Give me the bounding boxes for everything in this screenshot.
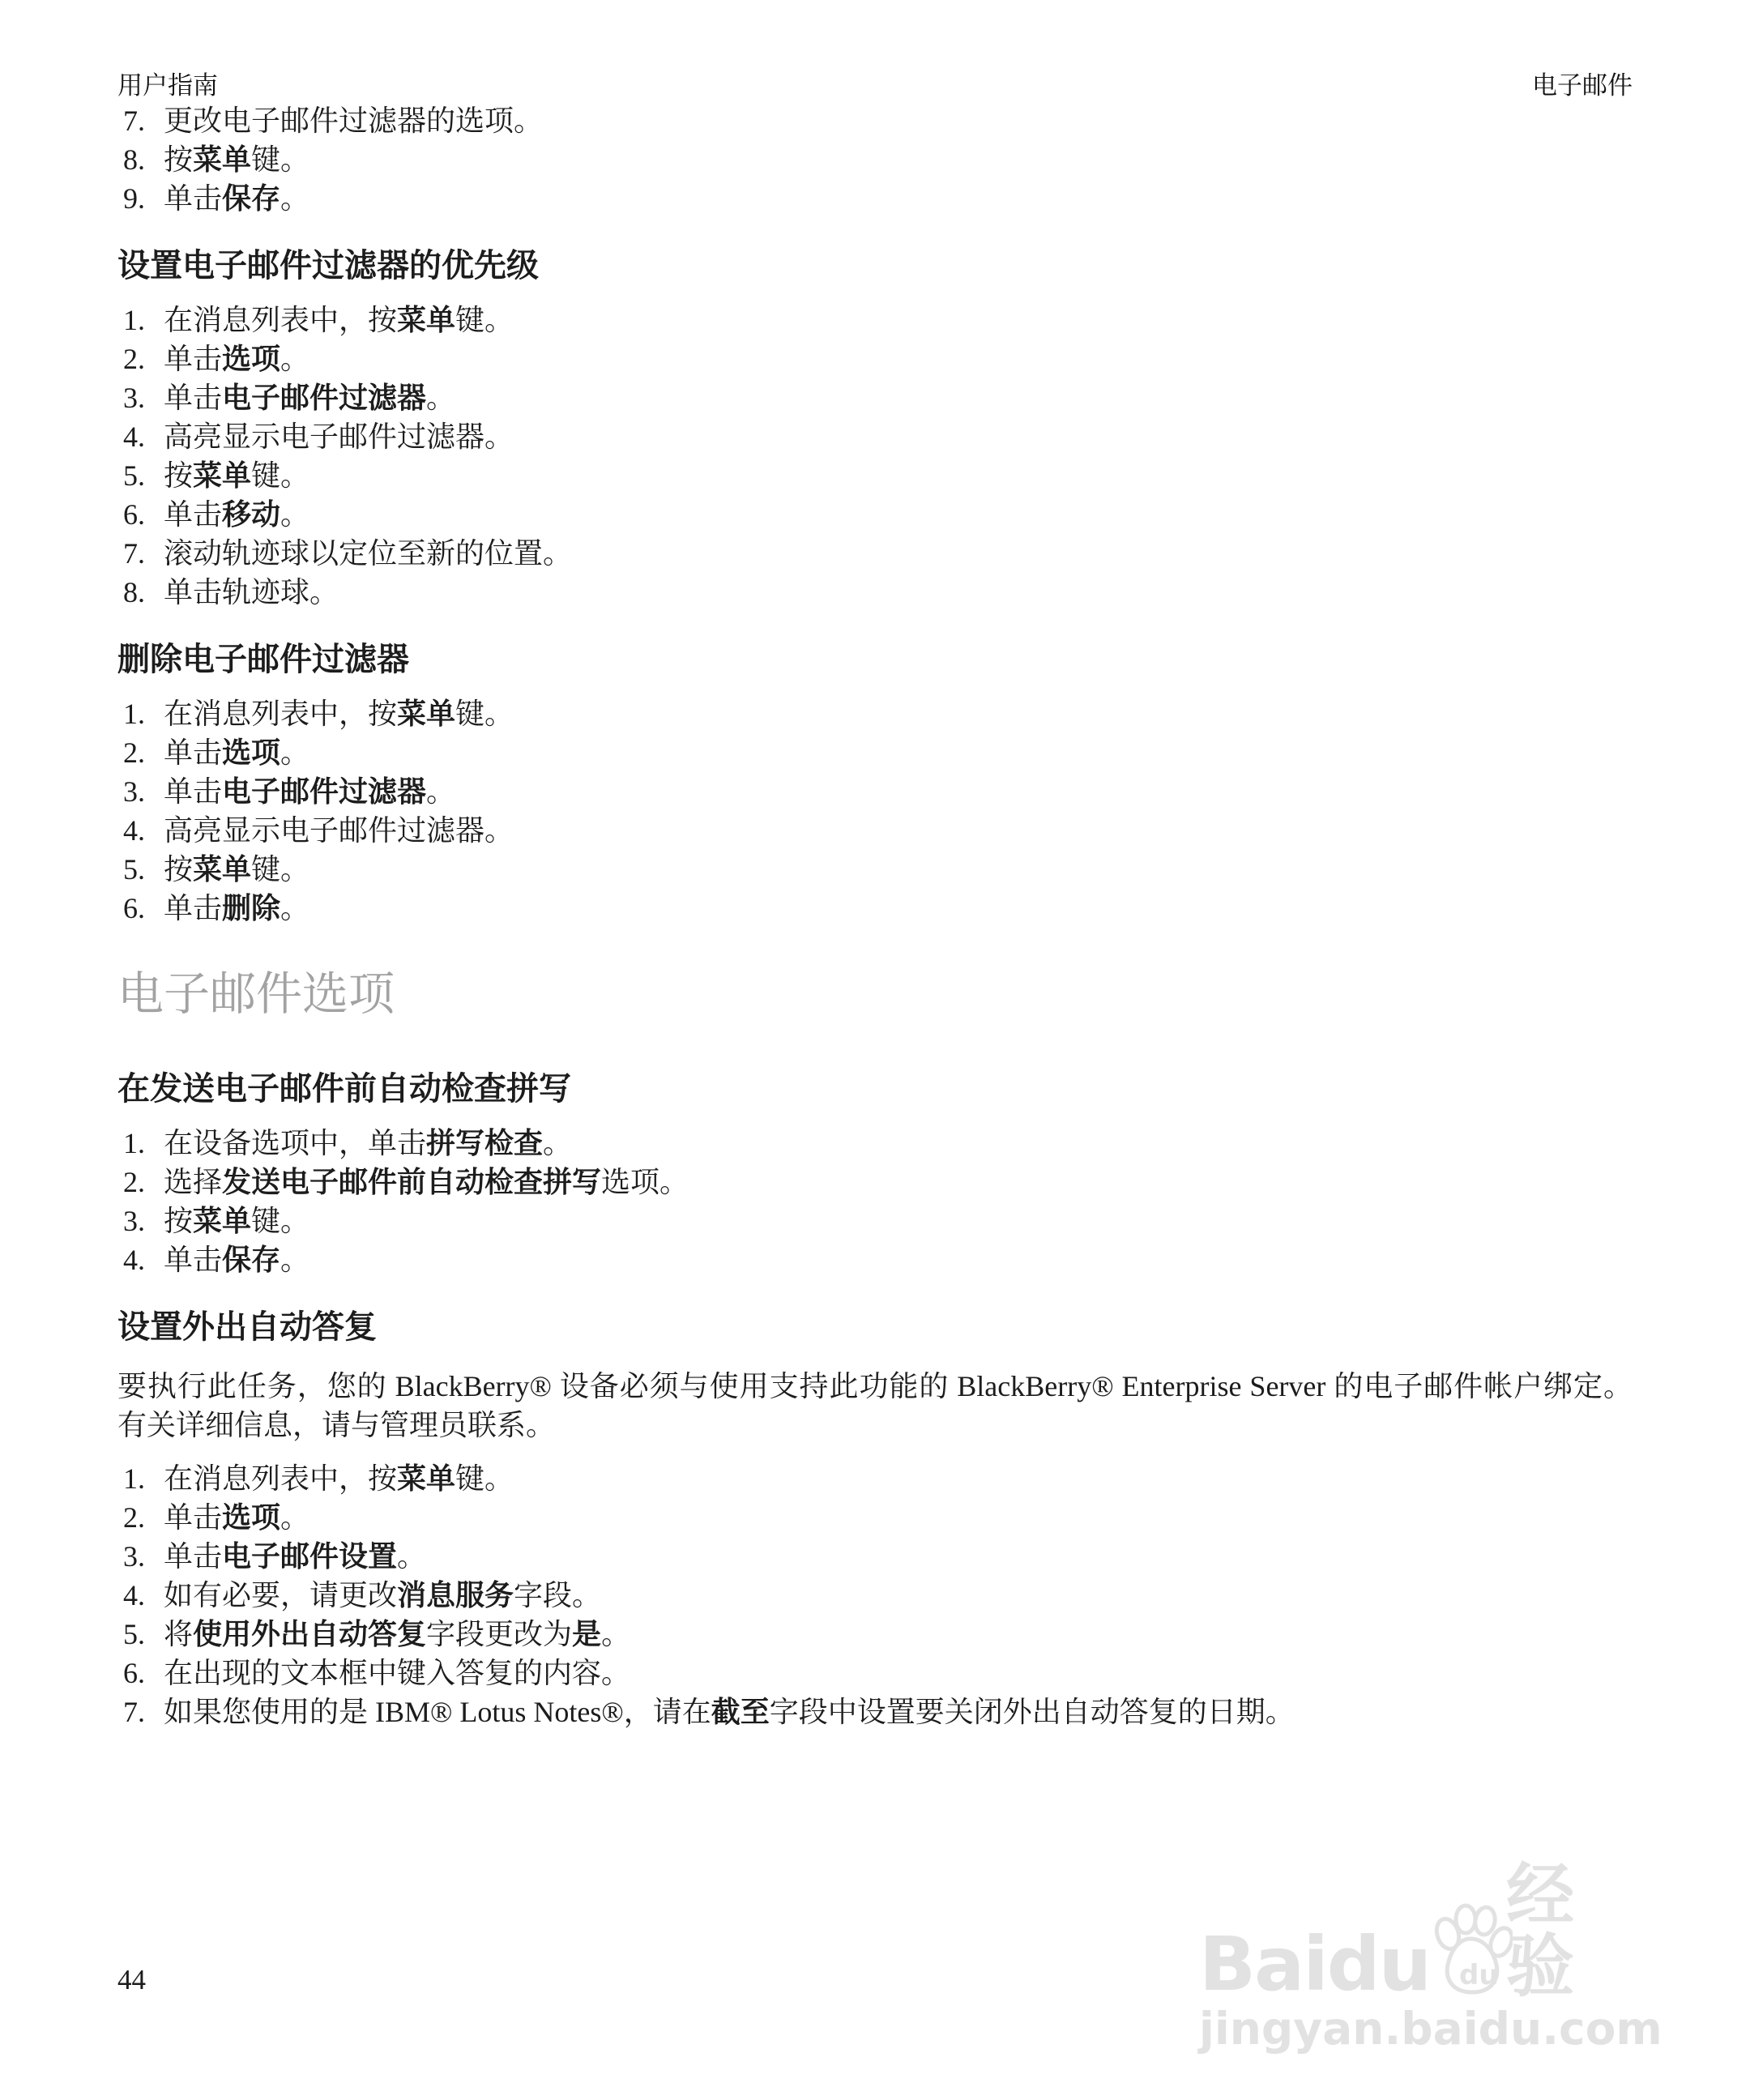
list-item: 2.单击选项。 [123,339,1633,378]
list-item: 3.按菜单键。 [123,1202,1633,1240]
list-item-number: 8. [123,140,164,179]
out-of-office-intro-paragraph: 要执行此任务，您的 BlackBerry® 设备必须与使用支持此功能的 Blac… [117,1367,1633,1445]
list-item-number: 6. [123,495,164,534]
page-number: 44 [117,1964,146,1996]
list-item-text: 单击移动。 [164,498,309,531]
list-item: 7.更改电子邮件过滤器的选项。 [123,101,1633,140]
list-item-number: 1. [123,301,164,339]
list-item-text: 单击电子邮件过滤器。 [164,775,455,808]
list-item-text: 按菜单键。 [164,853,309,886]
list-item: 8.按菜单键。 [123,140,1633,179]
list-item-number: 7. [123,534,164,573]
list-item: 6.单击删除。 [123,889,1633,928]
list-item-text: 按菜单键。 [164,1205,309,1237]
list-item: 5.按菜单键。 [123,456,1633,495]
list-item-number: 3. [123,1537,164,1576]
list-item: 4.如有必要，请更改消息服务字段。 [123,1576,1633,1615]
list-item-text: 单击选项。 [164,1501,309,1534]
list-item: 2.选择发送电子邮件前自动检查拼写选项。 [123,1163,1633,1202]
list-item: 2.单击选项。 [123,733,1633,772]
list-item-number: 3. [123,378,164,417]
baidu-paw-icon: du [1428,1903,1513,2007]
list-item-number: 2. [123,733,164,772]
list-item: 6.单击移动。 [123,495,1633,534]
section-title-set-filter-priority: 设置电子邮件过滤器的优先级 [117,247,1633,284]
list-item-number: 7. [123,1692,164,1731]
baidu-jingyan-watermark: Baidu du 经验 jingyan.baidu.com [1199,1859,1620,2055]
section-title-delete-filter: 删除电子邮件过滤器 [117,641,1633,678]
list-item-text: 单击选项。 [164,343,309,375]
header-left-title: 用户指南 [117,65,218,101]
list-item-text: 将使用外出自动答复字段更改为是。 [164,1618,630,1650]
list-item-number: 6. [123,889,164,928]
list-item-number: 5. [123,456,164,495]
step-list-out-of-office: 1.在消息列表中，按菜单键。2.单击选项。3.单击电子邮件设置。4.如有必要，请… [117,1459,1633,1731]
list-item: 1.在消息列表中，按菜单键。 [123,694,1633,733]
list-item: 1.在消息列表中，按菜单键。 [123,301,1633,339]
list-item: 7.如果您使用的是 IBM® Lotus Notes®，请在截至字段中设置要关闭… [123,1692,1633,1731]
list-item: 6.在出现的文本框中键入答复的内容。 [123,1654,1633,1692]
list-item-text: 更改电子邮件过滤器的选项。 [164,105,543,137]
list-item-number: 2. [123,1163,164,1202]
document-page: 用户指南 电子邮件 7.更改电子邮件过滤器的选项。8.按菜单键。9.单击保存。 … [0,0,1750,2100]
list-item-text: 单击删除。 [164,892,309,924]
list-item-text: 在消息列表中，按菜单键。 [164,1462,514,1495]
list-item-text: 选择发送电子邮件前自动检查拼写选项。 [164,1166,689,1198]
page-header: 用户指南 电子邮件 [0,0,1750,101]
list-item-number: 1. [123,1459,164,1498]
page-content: 7.更改电子邮件过滤器的选项。8.按菜单键。9.单击保存。 设置电子邮件过滤器的… [0,101,1750,1731]
list-item-text: 高亮显示电子邮件过滤器。 [164,814,514,847]
list-item-number: 2. [123,339,164,378]
watermark-brand-cn: 经验 [1506,1859,1620,2002]
list-item: 1.在消息列表中，按菜单键。 [123,1459,1633,1498]
list-item: 4.单击保存。 [123,1240,1633,1279]
list-item-text: 在出现的文本框中键入答复的内容。 [164,1657,630,1689]
section-title-out-of-office: 设置外出自动答复 [117,1308,1633,1346]
list-item-number: 4. [123,811,164,850]
header-right-title: 电子邮件 [1532,65,1633,101]
watermark-brand-text: Baidu [1199,1927,1430,2002]
watermark-url: jingyan.baidu.com [1199,2002,1620,2055]
list-item-text: 单击电子邮件设置。 [164,1540,426,1573]
list-item-number: 4. [123,1576,164,1615]
list-item-text: 如果您使用的是 IBM® Lotus Notes®，请在截至字段中设置要关闭外出… [164,1696,1295,1728]
step-list-delete-filter: 1.在消息列表中，按菜单键。2.单击选项。3.单击电子邮件过滤器。4.高亮显示电… [117,694,1633,928]
svg-text:du: du [1459,1959,1499,1991]
list-item-number: 3. [123,1202,164,1240]
list-item-number: 3. [123,772,164,811]
list-item-number: 9. [123,179,164,218]
list-item-text: 单击选项。 [164,736,309,769]
list-item: 5.将使用外出自动答复字段更改为是。 [123,1615,1633,1654]
list-item: 4.高亮显示电子邮件过滤器。 [123,417,1633,456]
step-list-filter-options-tail: 7.更改电子邮件过滤器的选项。8.按菜单键。9.单击保存。 [117,101,1633,218]
list-item-number: 4. [123,1240,164,1279]
list-item: 9.单击保存。 [123,179,1633,218]
list-item-text: 按菜单键。 [164,459,309,492]
list-item: 3.单击电子邮件过滤器。 [123,378,1633,417]
list-item-number: 5. [123,850,164,889]
list-item: 7.滚动轨迹球以定位至新的位置。 [123,534,1633,573]
list-item-text: 高亮显示电子邮件过滤器。 [164,420,514,453]
list-item-text: 单击保存。 [164,182,309,215]
list-item: 2.单击选项。 [123,1498,1633,1537]
list-item: 1.在设备选项中，单击拼写检查。 [123,1124,1633,1163]
list-item-number: 1. [123,694,164,733]
list-item-text: 在消息列表中，按菜单键。 [164,698,514,730]
list-item: 3.单击电子邮件设置。 [123,1537,1633,1576]
list-item-text: 在设备选项中，单击拼写检查。 [164,1127,572,1159]
watermark-brand-row: Baidu du 经验 [1199,1859,1620,2002]
list-item-number: 5. [123,1615,164,1654]
list-item: 8.单击轨迹球。 [123,573,1633,612]
list-item-text: 单击电子邮件过滤器。 [164,382,455,414]
list-item-number: 6. [123,1654,164,1692]
list-item-text: 单击轨迹球。 [164,576,339,608]
list-item-number: 2. [123,1498,164,1537]
step-list-spellcheck: 1.在设备选项中，单击拼写检查。2.选择发送电子邮件前自动检查拼写选项。3.按菜… [117,1124,1633,1279]
list-item-text: 滚动轨迹球以定位至新的位置。 [164,537,572,570]
list-item-text: 单击保存。 [164,1244,309,1276]
list-item: 3.单击电子邮件过滤器。 [123,772,1633,811]
list-item-text: 按菜单键。 [164,143,309,176]
list-item-number: 1. [123,1124,164,1163]
list-item-text: 如有必要，请更改消息服务字段。 [164,1579,601,1611]
list-item-number: 8. [123,573,164,612]
list-item-number: 7. [123,101,164,140]
section-title-spellcheck: 在发送电子邮件前自动检查拼写 [117,1070,1633,1108]
list-item-text: 在消息列表中，按菜单键。 [164,304,514,336]
step-list-set-filter-priority: 1.在消息列表中，按菜单键。2.单击选项。3.单击电子邮件过滤器。4.高亮显示电… [117,301,1633,612]
chapter-title-email-options: 电子邮件选项 [117,970,1633,1020]
list-item: 4.高亮显示电子邮件过滤器。 [123,811,1633,850]
list-item-number: 4. [123,417,164,456]
list-item: 5.按菜单键。 [123,850,1633,889]
